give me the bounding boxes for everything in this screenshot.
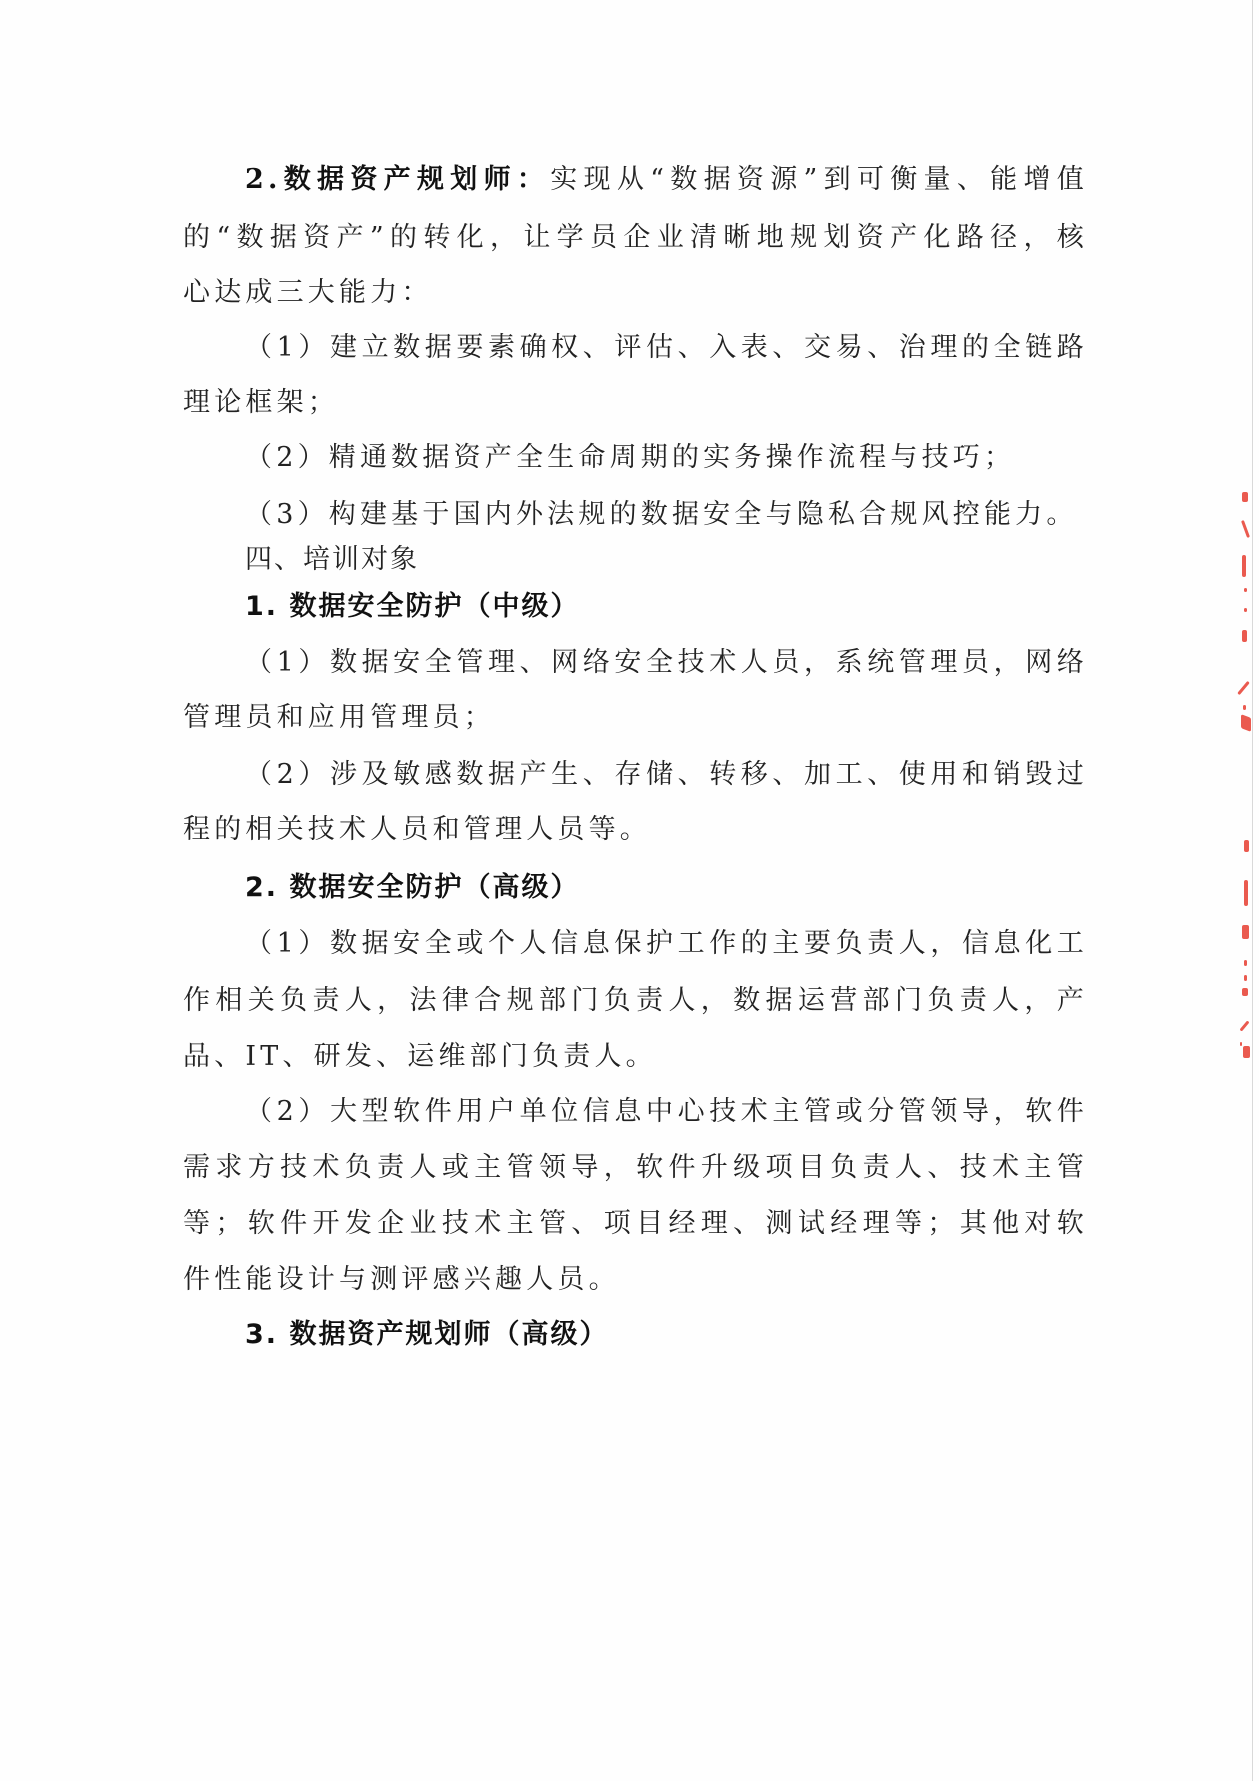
list-item-line: 理论框架；: [183, 383, 1088, 423]
list-item-line: 管理员和应用管理员；: [183, 698, 1088, 738]
list-item-line: （1）数据安全管理、网络安全技术人员，系统管理员，网络: [245, 643, 1088, 683]
list-item-line: （3）构建基于国内外法规的数据安全与隐私合规风控能力。: [245, 495, 1088, 535]
document-page: 2.数据资产规划师：实现从“数据资源”到可衡量、能增值 的“数据资产”的转化，让…: [0, 0, 1259, 1781]
list-item-line: 品、IT、研发、运维部门负责人。: [183, 1037, 1088, 1077]
subsection-title: 1. 数据安全防护（中级）: [245, 587, 1088, 627]
list-item-line: 作相关负责人，法律合规部门负责人，数据运营部门负责人，产: [183, 981, 1088, 1021]
list-item-line: 件性能设计与测评感兴趣人员。: [183, 1260, 1088, 1300]
paragraph-line: 2.数据资产规划师：实现从“数据资源”到可衡量、能增值: [245, 160, 1088, 200]
list-item-line: （2）精通数据资产全生命周期的实务操作流程与技巧；: [245, 438, 1088, 478]
list-item-line: 等；软件开发企业技术主管、项目经理、测试经理等；其他对软: [183, 1204, 1088, 1244]
subsection-title: 3. 数据资产规划师（高级）: [245, 1315, 1088, 1355]
list-item-line: 程的相关技术人员和管理人员等。: [183, 810, 1088, 850]
bold-lead-term: 2.数据资产规划师：: [245, 164, 550, 195]
list-item-line: （2）涉及敏感数据产生、存储、转移、加工、使用和销毁过: [245, 755, 1088, 795]
list-item-line: 需求方技术负责人或主管领导，软件升级项目负责人、技术主管: [183, 1148, 1088, 1188]
list-item-line: （1）数据安全或个人信息保护工作的主要负责人，信息化工: [245, 924, 1088, 964]
seal-stamp-fragment-icon: [1236, 480, 1254, 740]
subsection-title: 2. 数据安全防护（高级）: [245, 868, 1088, 908]
paragraph-line: 的“数据资产”的转化，让学员企业清晰地规划资产化路径，核: [183, 218, 1088, 258]
paragraph-line: 心达成三大能力：: [183, 273, 1088, 313]
list-item-line: （1）建立数据要素确权、评估、入表、交易、治理的全链路: [245, 328, 1088, 368]
seal-stamp-fragment-icon: [1236, 820, 1254, 1060]
paragraph-text: 实现从“数据资源”到可衡量、能增值: [550, 164, 1088, 195]
list-item-line: （2）大型软件用户单位信息中心技术主管或分管领导，软件: [245, 1092, 1088, 1132]
section-heading: 四、培训对象: [245, 540, 1088, 580]
